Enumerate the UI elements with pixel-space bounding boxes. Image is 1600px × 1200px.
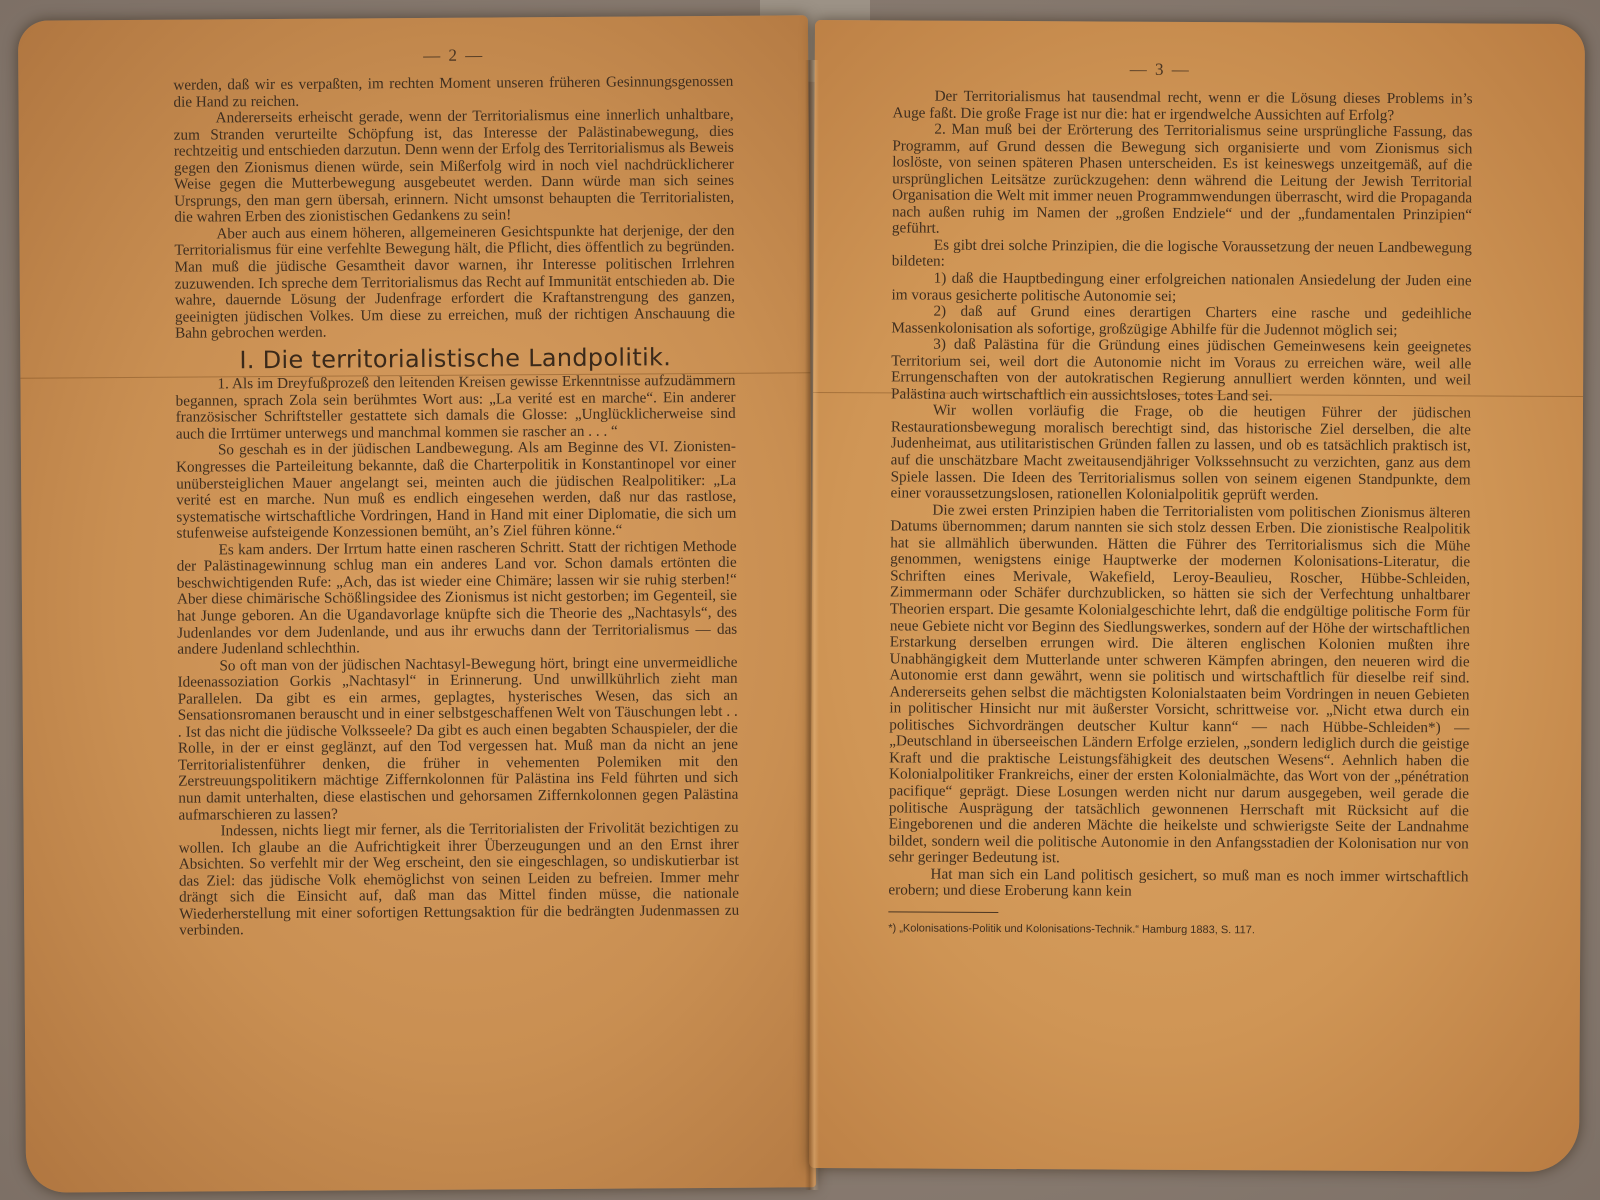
page-number-right: — 3 —	[1130, 60, 1191, 80]
paragraph: Indessen, nichts liegt mir ferner, als d…	[179, 820, 740, 940]
paragraph: Die zwei ersten Prinzipien haben die Ter…	[889, 502, 1471, 869]
page-number-left: — 2 —	[423, 46, 484, 66]
section-heading: I. Die territorialistische Landpolitik.	[175, 349, 735, 369]
paragraph: Aber auch aus einem höheren, allgemeiner…	[174, 223, 735, 343]
list-item-principle-1: 1) daß die Hauptbedingung einer erfolgre…	[892, 270, 1472, 306]
footnote-rule	[888, 911, 998, 913]
paragraph: 2. Man muß bei der Erörterung des Territ…	[892, 121, 1473, 240]
book-gutter	[805, 60, 819, 1190]
list-item-principle-2: 2) daß auf Grund eines derartigen Charte…	[891, 304, 1471, 340]
right-page: — 3 — Der Territorialismus hat tausendma…	[809, 20, 1585, 1172]
footnote: *) „Kolonisations-Politik und Kolonisati…	[888, 920, 1468, 940]
paragraph: Der Territorialismus hat tausendmal rech…	[892, 88, 1472, 124]
paragraph: Andererseits erheischt gerade, wenn der …	[174, 107, 735, 227]
paragraph: Es kam anders. Der Irrtum hatte einen ra…	[177, 539, 738, 659]
paragraph: So geschah es in der jüdischen Landbeweg…	[176, 439, 737, 542]
right-page-body: Der Territorialismus hat tausendmal rech…	[888, 88, 1472, 939]
paragraph: Wir wollen vorläufig die Frage, ob die h…	[890, 403, 1471, 505]
left-page-body: werden, daß wir es verpaßten, im rechten…	[173, 74, 739, 940]
paragraph: Hat man sich ein Land politisch gesicher…	[888, 866, 1468, 902]
paragraph: Es gibt drei solche Prinzipien, die die …	[892, 237, 1472, 273]
paragraph: So oft man von der jüdischen Nachtasyl-B…	[177, 654, 738, 823]
paragraph: werden, daß wir es verpaßten, im rechten…	[173, 74, 733, 111]
left-page: — 2 — werden, daß wir es verpaßten, im r…	[18, 15, 816, 1192]
paragraph: 1. Als im Dreyfußprozeß den leitenden Kr…	[175, 373, 735, 443]
